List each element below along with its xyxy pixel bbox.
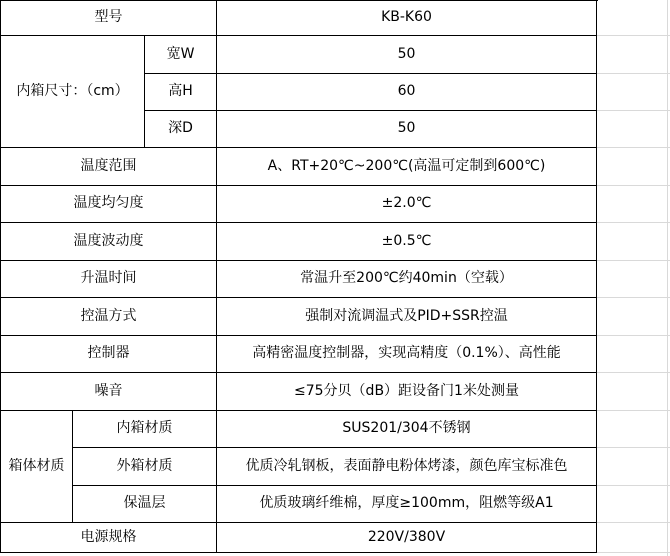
- inner-material-label-cell: 内箱材质: [73, 411, 217, 448]
- control-method-value-cell: 强制对流调温式及PID+SSR控温: [217, 298, 597, 336]
- empty-grid-cell: [597, 486, 670, 523]
- power-label-cell: 电源规格: [1, 523, 217, 553]
- empty-grid-cell: [597, 74, 670, 111]
- temp-range-label-cell: 温度范围: [1, 148, 217, 186]
- inner-material-value-cell: SUS201/304不锈钢: [217, 411, 597, 448]
- temp-range-value-cell: A、RT+20℃~200℃(高温可定制到600℃): [217, 148, 597, 186]
- empty-grid-cell: [597, 186, 670, 223]
- power-value-cell: 220V/380V: [217, 523, 597, 553]
- outer-material-value-cell: 优质冷轧钢板，表面静电粉体烤漆，颜色库宝标准色: [217, 448, 597, 486]
- empty-grid-cell: [597, 373, 670, 411]
- outer-material-label-cell: 外箱材质: [73, 448, 217, 486]
- empty-grid-cell: [597, 336, 670, 373]
- empty-grid-cell: [597, 36, 670, 74]
- temp-uniformity-value-cell: ±2.0℃: [217, 186, 597, 223]
- empty-grid-cell: [597, 411, 670, 448]
- control-method-label-cell: 控温方式: [1, 298, 217, 336]
- controller-label-cell: 控制器: [1, 336, 217, 373]
- insulation-label-cell: 保温层: [73, 486, 217, 523]
- spec-sheet-screen: 型号 KB-K60 内箱尺寸：（cm） 宽W 50 高H 60 深D 50 温度…: [0, 0, 670, 556]
- empty-grid-cell: [597, 148, 670, 186]
- temp-uniformity-label-cell: 温度均匀度: [1, 186, 217, 223]
- dimension-width-label-cell: 宽W: [145, 36, 217, 74]
- dimension-height-value-cell: 60: [217, 74, 597, 111]
- dimension-height-label-cell: 高H: [145, 74, 217, 111]
- empty-grid-cell: [597, 223, 670, 261]
- spec-table: 型号 KB-K60 内箱尺寸：（cm） 宽W 50 高H 60 深D 50 温度…: [0, 0, 598, 553]
- spreadsheet-column-gridline: [667, 0, 668, 556]
- heatup-time-value-cell: 常温升至200℃约40min（空载）: [217, 261, 597, 298]
- dimension-depth-label-cell: 深D: [145, 111, 217, 148]
- noise-label-cell: 噪音: [1, 373, 217, 411]
- temp-fluctuation-value-cell: ±0.5℃: [217, 223, 597, 261]
- model-value-cell: KB-K60: [217, 1, 597, 36]
- empty-grid-cell: [597, 261, 670, 298]
- dimension-width-value-cell: 50: [217, 36, 597, 74]
- inner-dimensions-label-cell: 内箱尺寸：（cm）: [1, 36, 145, 148]
- empty-grid-cell: [597, 298, 670, 336]
- temp-fluctuation-label-cell: 温度波动度: [1, 223, 217, 261]
- empty-grid-cell: [597, 523, 670, 553]
- heatup-time-label-cell: 升温时间: [1, 261, 217, 298]
- noise-value-cell: ≤75分贝（dB）距设备门1米处测量: [217, 373, 597, 411]
- insulation-value-cell: 优质玻璃纤维棉，厚度≥100mm，阻燃等级A1: [217, 486, 597, 523]
- cabinet-material-label-cell: 箱体材质: [1, 411, 73, 523]
- model-label-cell: 型号: [1, 1, 217, 36]
- dimension-depth-value-cell: 50: [217, 111, 597, 148]
- empty-grid-cell: [597, 1, 670, 36]
- spreadsheet-empty-column: [597, 1, 670, 553]
- empty-grid-cell: [597, 448, 670, 486]
- empty-grid-cell: [597, 111, 670, 148]
- controller-value-cell: 高精密温度控制器，实现高精度（0.1%）、高性能: [217, 336, 597, 373]
